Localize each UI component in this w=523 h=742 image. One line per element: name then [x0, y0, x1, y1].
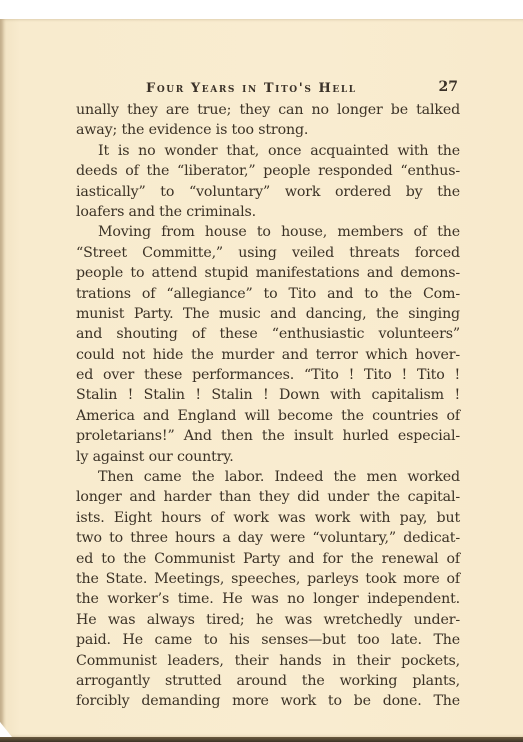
text-line: forcibly demanding more work to be done.… [76, 691, 460, 711]
text-line: ed to the Communist Party and for the re… [76, 549, 460, 569]
page-number: 27 [439, 79, 458, 95]
running-title: Four Years in Tito's Hell [146, 81, 357, 96]
text-line: iastically” to “voluntary” work ordered … [76, 182, 460, 202]
text-line: unally they are true; they can no longer… [76, 100, 460, 120]
text-line: the State. Meetings, speeches, parleys t… [76, 569, 460, 589]
text-line: deeds of the “liberator,” people respond… [76, 161, 460, 181]
text-line: “Street Committe,” using veiled threats … [76, 243, 460, 263]
text-line: away; the evidence is too strong. [76, 120, 460, 140]
text-line: Communist leaders, their hands in their … [76, 651, 460, 671]
text-line: proletarians!” And then the insult hurle… [76, 426, 460, 446]
body-text: unally they are true; they can no longer… [76, 100, 460, 712]
text-line: munist Party. The music and dancing, the… [76, 304, 460, 324]
text-line: Stalin ! Stalin ! Stalin ! Down with cap… [76, 385, 460, 405]
text-line: loafers and the criminals. [76, 202, 460, 222]
text-line: Then came the labor. Indeed the men work… [76, 467, 460, 487]
running-head: Four Years in Tito's Hell 27 [76, 79, 460, 99]
text-line: longer and harder than they did under th… [76, 487, 460, 507]
text-line: ed over these performances. “Tito ! Tito… [76, 365, 460, 385]
text-line: people to attend stupid manifestations a… [76, 263, 460, 283]
text-line: and shouting of these “enthusiastic volu… [76, 324, 460, 344]
text-line: could not hide the murder and terror whi… [76, 345, 460, 365]
text-line: ists. Eight hours of work was work with … [76, 508, 460, 528]
text-line: America and England will become the coun… [76, 406, 460, 426]
paragraph: unally they are true; they can no longer… [76, 100, 460, 141]
text-line: the worker’s time. He was no longer inde… [76, 589, 460, 609]
page-bottom-edge [0, 737, 523, 742]
paragraph: It is no wonder that, once acquainted wi… [76, 141, 460, 223]
paragraph: Then came the labor. Indeed the men work… [76, 467, 460, 712]
text-line: Moving from house to house, members of t… [76, 222, 460, 242]
text-line: trations of “allegiance” to Tito and to … [76, 284, 460, 304]
text-line: ly against our country. [76, 447, 460, 467]
text-line: It is no wonder that, once acquainted wi… [76, 141, 460, 161]
text-line: paid. He came to his senses—but too late… [76, 630, 460, 650]
paragraph: Moving from house to house, members of t… [76, 222, 460, 467]
text-line: two to three hours a day were “voluntary… [76, 528, 460, 548]
page-corner [0, 722, 12, 737]
text-line: arrogantly strutted around the working p… [76, 671, 460, 691]
text-line: He was always tired; he was wretchedly u… [76, 610, 460, 630]
